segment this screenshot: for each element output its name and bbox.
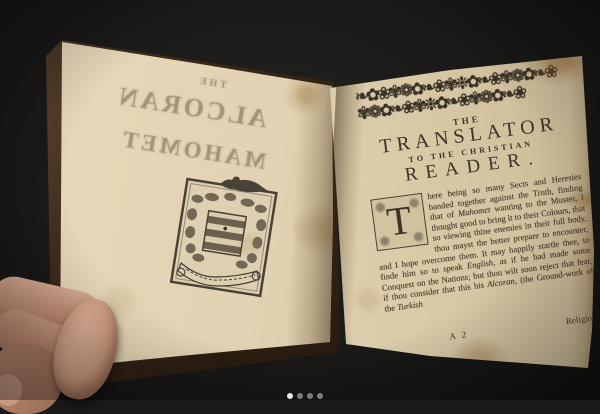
signature-mark: A 2 xyxy=(389,321,529,349)
page-footer: A 2 Religion) xyxy=(389,312,599,340)
drop-cap-initial: T xyxy=(370,193,428,251)
carousel-dot xyxy=(297,393,303,399)
body-text-italic: Turkish xyxy=(397,299,424,312)
heraldic-shield xyxy=(203,211,247,256)
carousel-dot-active xyxy=(287,393,293,399)
armorial-bookplate-stamp xyxy=(167,169,281,303)
bookplate-crest-icon xyxy=(167,169,281,303)
right-page-content: ❧✿❀✾❁✿❧❀✾❉✿❧❀✾❁✿❧❀✾❁✿❧❀✾❉✿❧❀✾❁✿❧❀ THE TR… xyxy=(336,29,600,359)
carousel-dot xyxy=(307,393,313,399)
body-text-italic: Alcoran xyxy=(487,276,516,290)
photo-viewport[interactable]: THE ALCORAN MAHOMET xyxy=(0,0,600,400)
catchword: Religion) xyxy=(565,312,600,326)
preface-paragraph: There being so many Sects and Heresies b… xyxy=(370,171,595,314)
carousel-dot xyxy=(317,393,323,399)
carousel-dots xyxy=(287,393,323,399)
